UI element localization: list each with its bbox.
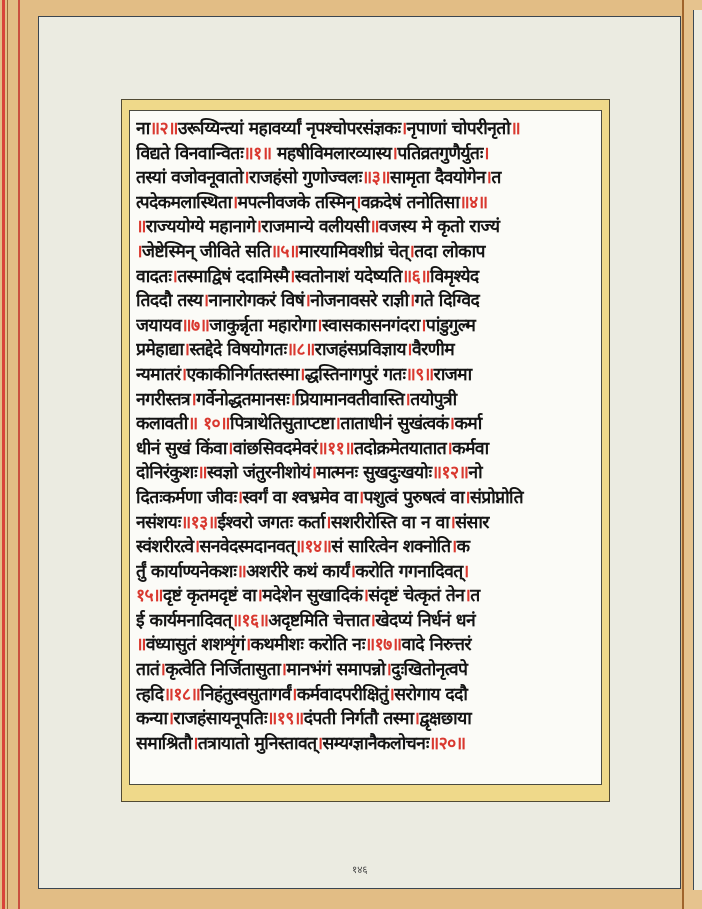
rubric-mark: ॥९॥	[405, 365, 433, 385]
text-segment: राजमा	[434, 365, 472, 385]
text-segment: पतिव्रतगुणैर्युतः	[397, 144, 483, 164]
text-segment: कर्मा	[454, 414, 481, 434]
text-segment: स्वर्गं वा श्वभ्रमेव वा	[243, 488, 358, 508]
thin-margin-rule	[7, 0, 8, 909]
rubric-mark: ॥ १०॥	[188, 414, 230, 434]
manuscript-line: धीनं सुखं किंवा।वांछसिवदमेवरं॥११॥तदोक्रम…	[136, 437, 595, 462]
text-segment: तदा लोकाप	[414, 242, 485, 262]
text-segment: मपत्नीवजके तस्मिन्	[238, 193, 355, 213]
text-segment: कथमीशः करोति नः	[251, 635, 365, 655]
text-segment: स्वासकासनगंदरा	[322, 316, 420, 336]
text-segment: नृपाणां चोपरीनृतो	[407, 119, 511, 139]
rubric-mark: ॥३॥	[362, 168, 390, 188]
manuscript-line: प्रमेहाद्या।स्तद्देदे विषयोगतः॥८॥राजहंसप…	[136, 338, 595, 363]
text-segment: तस्माद्विषं ददामिस्मै	[177, 267, 288, 287]
manuscript-line: ।जेष्टेस्मिन् जीविते सति॥५॥मारयामिवशीघ्र…	[136, 240, 595, 265]
rubric-mark: ॥१३॥	[181, 513, 218, 533]
manuscript-line: जयायव॥७॥जाकुर्न्नृता महारोगा।स्वासकासनगं…	[136, 314, 595, 339]
text-segment: क	[457, 537, 470, 557]
text-segment: मदेशेन सुखादिकं	[262, 586, 362, 606]
manuscript-line: त्पदेकमलास्थिता।मपत्नीवजके तस्मिन्।वक्रद…	[136, 191, 595, 216]
page-number: १४६	[352, 862, 368, 876]
rubric-mark: ॥१९॥	[267, 709, 304, 729]
manuscript-line: नगरीस्तत्र।गर्वेनोद्धतमानसः।प्रियामानवती…	[136, 388, 595, 413]
text-segment: मात्मनः सुखदुःखयोः	[316, 463, 431, 483]
manuscript-line: ॥वंध्यासुतं शशशृंगं।कथमीशः करोति नः॥१७॥व…	[136, 633, 595, 658]
rubric-mark: ॥	[136, 635, 146, 655]
text-segment: ई कार्यमनादिवत्	[136, 611, 232, 631]
red-margin-rule-outer	[2, 0, 5, 909]
manuscript-text-block: ना॥२॥उरूय्यिन्त्यां महावर्य्यां नृपश्चोप…	[129, 110, 602, 785]
text-segment: राजहंसायनूपतिः	[174, 709, 267, 729]
text-segment: संप्रोप्नोति	[470, 488, 523, 508]
text-segment: तस्यां वजोवनूवातो	[136, 168, 243, 188]
text-segment: संदृष्टं चेत्कृतं तेन	[368, 586, 464, 606]
text-segment: पशुत्वं पुरुषत्वं वा	[364, 488, 464, 508]
text-segment: सरोगाय ददौ	[394, 685, 467, 705]
text-segment: सं सारित्वेन शक्नोति	[331, 537, 450, 557]
manuscript-line: दोनिरंकुशः॥स्वज्ञो जंतुरनीशोयं।मात्मनः स…	[136, 461, 595, 486]
text-segment: जयायव	[136, 316, 181, 336]
text-segment: दंपती निर्गतौ तस्मा	[304, 709, 414, 729]
manuscript-line: कलावती॥ १०॥पित्राथेतिसुताप्टष्टा।ताताधीन…	[136, 412, 595, 437]
rubric-mark: ॥७॥	[181, 316, 209, 336]
rubric-mark: ॥	[136, 217, 146, 237]
manuscript-line: त्हदि॥१८॥निहंतुस्वसुतागर्वं।कर्मवादपरीक्…	[136, 683, 595, 708]
text-segment: तयोपुत्री	[410, 390, 456, 410]
text-segment: गते दिग्विद	[415, 291, 480, 311]
text-segment: ताताधीनं सुखंत्वकं	[340, 414, 448, 434]
text-segment: तत्रायातो मुनिस्तावत्	[198, 734, 317, 754]
text-segment: राजहंसो गुणोज्वलः	[249, 168, 362, 188]
rubric-mark: १५॥	[136, 586, 163, 606]
manuscript-line: न्यमातरं।एकाकीनिर्गतस्तस्मा।द्धस्तिनागपु…	[136, 363, 595, 388]
rubric-mark: ॥८॥	[287, 340, 315, 360]
text-segment: एकाकीनिर्गतस्तस्मा	[187, 365, 299, 385]
text-segment: द्धस्तिनागपुरं गतः	[305, 365, 406, 385]
text-segment: गर्वेनोद्धतमानसः	[196, 390, 289, 410]
text-segment: राजहंसप्रविज्ञाय	[315, 340, 406, 360]
rubric-mark: ॥	[510, 119, 520, 139]
text-segment: पित्राथेतिसुताप्टष्टा	[230, 414, 334, 434]
rubric-mark: ॥४॥	[459, 193, 487, 213]
text-segment: संसार	[455, 513, 489, 533]
text-segment: सशरीरोस्ति वा न वा	[331, 513, 449, 533]
manuscript-line: १५॥दृष्टं कृतमदृष्टं वा।मदेशेन सुखादिकं।…	[136, 584, 595, 609]
text-segment: र्तुं कार्याण्यनेकशः	[136, 562, 236, 582]
text-segment: प्रियामानवतीवास्ति	[295, 390, 404, 410]
rubric-mark: ॥	[236, 562, 246, 582]
text-segment: स्तद्देदे विषयोगतः	[189, 340, 286, 360]
text-segment: खेदप्यं निर्धनं धनं	[375, 611, 475, 631]
rubric-mark: ॥१॥	[243, 144, 271, 164]
manuscript-line: तातं।कृत्वेति निर्जितासुता।मानभंगं समापन…	[136, 658, 595, 683]
text-segment: नो	[468, 463, 482, 483]
text-segment: वंध्यासुतं शशशृंगं	[146, 635, 245, 655]
text-segment: विमृश्येद	[430, 267, 479, 287]
manuscript-line: तस्यां वजोवनूवातो।राजहंसो गुणोज्वलः॥३॥सा…	[136, 166, 595, 191]
text-segment: राजमान्ये वलीयसी	[261, 217, 369, 237]
rubric-mark: ।	[463, 562, 469, 582]
text-segment: वादे निरुत्तरं	[402, 635, 471, 655]
rubric-mark: ॥६॥	[402, 267, 430, 287]
text-segment: वांछसिवदमेवरं	[233, 439, 317, 459]
manuscript-line: ॥राज्ययोग्ये महानागे।राजमान्ये वलीयसी॥वज…	[136, 215, 595, 240]
manuscript-line: नसंशयः॥१३॥ईश्वरो जगतः कर्ता।सशरीरोस्ति व…	[136, 511, 595, 536]
text-segment: दृष्टं कृतमदृष्टं वा	[163, 586, 256, 606]
text-segment: मानभंगं समापन्नो	[286, 660, 385, 680]
text-segment: जाकुर्न्नृता महारोगा	[209, 316, 316, 336]
rubric-mark: ॥२॥	[150, 119, 178, 139]
text-segment: पांडुगुल्म	[426, 316, 475, 336]
text-segment: ना	[136, 119, 150, 139]
text-segment: वादतः	[136, 267, 171, 287]
text-segment: कलावती	[136, 414, 188, 434]
text-segment: तिददौ तस्य	[136, 291, 202, 311]
text-segment: सनवेदस्मदानवत्	[200, 537, 295, 557]
rubric-mark: ॥१६॥	[232, 611, 269, 631]
rubric-mark: ॥१७॥	[365, 635, 402, 655]
text-segment: कृत्वेति निर्जितासुता	[165, 660, 280, 680]
rubric-mark: ॥२०॥	[429, 734, 466, 754]
text-segment: वैरणीम	[412, 340, 454, 360]
manuscript-line: र्तुं कार्याण्यनेकशः॥अशरीरे कथं कार्यं।क…	[136, 560, 595, 585]
text-segment: दितःकर्मणा जीवः	[136, 488, 237, 508]
text-segment: राज्ययोग्ये महानागे	[146, 217, 255, 237]
text-segment: धीनं सुखं किंवा	[136, 439, 227, 459]
manuscript-line: समाश्रितौ।तत्रायातो मुनिस्तावत्।सम्यग्ज्…	[136, 732, 595, 757]
text-segment: निहंतुस्वसुतागर्वं	[200, 685, 291, 705]
text-segment: प्रमेहाद्या	[136, 340, 183, 360]
manuscript-line: तिददौ तस्य।नानारोगकरं विषं।नोजनावसरे राज…	[136, 289, 595, 314]
rubric-mark: ।	[483, 144, 489, 164]
text-segment: तातं	[136, 660, 159, 680]
red-margin-rule-inner	[18, 0, 20, 909]
text-segment: न्यमातरं	[136, 365, 180, 385]
rubric-mark: ॥१८॥	[163, 685, 200, 705]
text-segment: जेष्टेस्मिन् जीविते सति	[142, 242, 270, 262]
text-segment: स्वंशरीरत्वे	[136, 537, 193, 557]
manuscript-line: कन्या।राजहंसायनूपतिः॥१९॥दंपती निर्गतौ तस…	[136, 707, 595, 732]
text-segment: कर्मवा	[452, 439, 488, 459]
text-segment: सामृता दैवयोगेन	[390, 168, 485, 188]
text-segment: वजस्य मे कृतो राज्यं	[379, 217, 499, 237]
rubric-mark: ॥१४॥	[295, 537, 332, 557]
rubric-mark: ॥	[197, 463, 207, 483]
text-segment: नोजनावसरे राज्ञी	[310, 291, 408, 311]
text-segment: स्वज्ञो जंतुरनीशोयं	[207, 463, 310, 483]
text-segment: तदोक्रमेतयातात	[354, 439, 446, 459]
text-segment: स्वतोनाशं यदेष्यति	[295, 267, 402, 287]
rubric-mark: ॥१२॥	[432, 463, 469, 483]
rubric-mark: ॥	[369, 217, 379, 237]
manuscript-line: स्वंशरीरत्वे।सनवेदस्मदानवत्॥१४॥सं सारित्…	[136, 535, 595, 560]
text-segment: करोति गगनादिवत्	[355, 562, 462, 582]
text-segment: त्पदेकमलास्थिता	[136, 193, 232, 213]
text-segment: त	[491, 168, 500, 188]
adjacent-page-panel	[693, 10, 702, 890]
text-segment: त	[470, 586, 479, 606]
manuscript-line: ना॥२॥उरूय्यिन्त्यां महावर्य्यां नृपश्चोप…	[136, 117, 595, 142]
text-segment: उरूय्यिन्त्यां महावर्य्यां नृपश्चोपरसंज्…	[178, 119, 401, 139]
text-segment: कर्मवादपरीक्षितुं	[297, 685, 388, 705]
manuscript-line: विद्यते विनवान्वितः॥१॥ महषीविमलारव्यास्य…	[136, 142, 595, 167]
text-segment: नानारोगकरं विषं	[209, 291, 305, 311]
manuscript-line: वादतः।तस्माद्विषं ददामिस्मै।स्वतोनाशं यद…	[136, 265, 595, 290]
text-segment: नसंशयः	[136, 513, 181, 533]
manuscript-line: दितःकर्मणा जीवः।स्वर्गं वा श्वभ्रमेव वा।…	[136, 486, 595, 511]
text-segment: वक्रदेषं तनोतिसा	[361, 193, 459, 213]
text-segment: अशरीरे कथं कार्यं	[246, 562, 349, 582]
text-segment: समाश्रितौ	[136, 734, 192, 754]
text-segment: द्वृक्षछाया	[419, 709, 471, 729]
text-segment: अदृष्टमिति चेत्तात	[268, 611, 369, 631]
text-segment: दोनिरंकुशः	[136, 463, 197, 483]
text-segment: मारयामिवशीघ्रं चेत्	[299, 242, 409, 262]
text-segment: सम्यग्ज्ञानैकलोचनः	[323, 734, 429, 754]
text-segment: विद्यते विनवान्वितः	[136, 144, 243, 164]
manuscript-line: ई कार्यमनादिवत्॥१६॥अदृष्टमिति चेत्तात।खे…	[136, 609, 595, 634]
text-segment: महषीविमलारव्यास्य	[271, 144, 391, 164]
text-segment: दुःखितोनृत्वपे	[391, 660, 467, 680]
text-segment: कन्या	[136, 709, 168, 729]
rubric-mark: ॥११॥	[317, 439, 354, 459]
text-segment: नगरीस्तत्र	[136, 390, 190, 410]
text-segment: त्हदि	[136, 685, 163, 705]
rubric-mark: ॥५॥	[270, 242, 298, 262]
text-segment: ईश्वरो जगतः कर्ता	[218, 513, 325, 533]
